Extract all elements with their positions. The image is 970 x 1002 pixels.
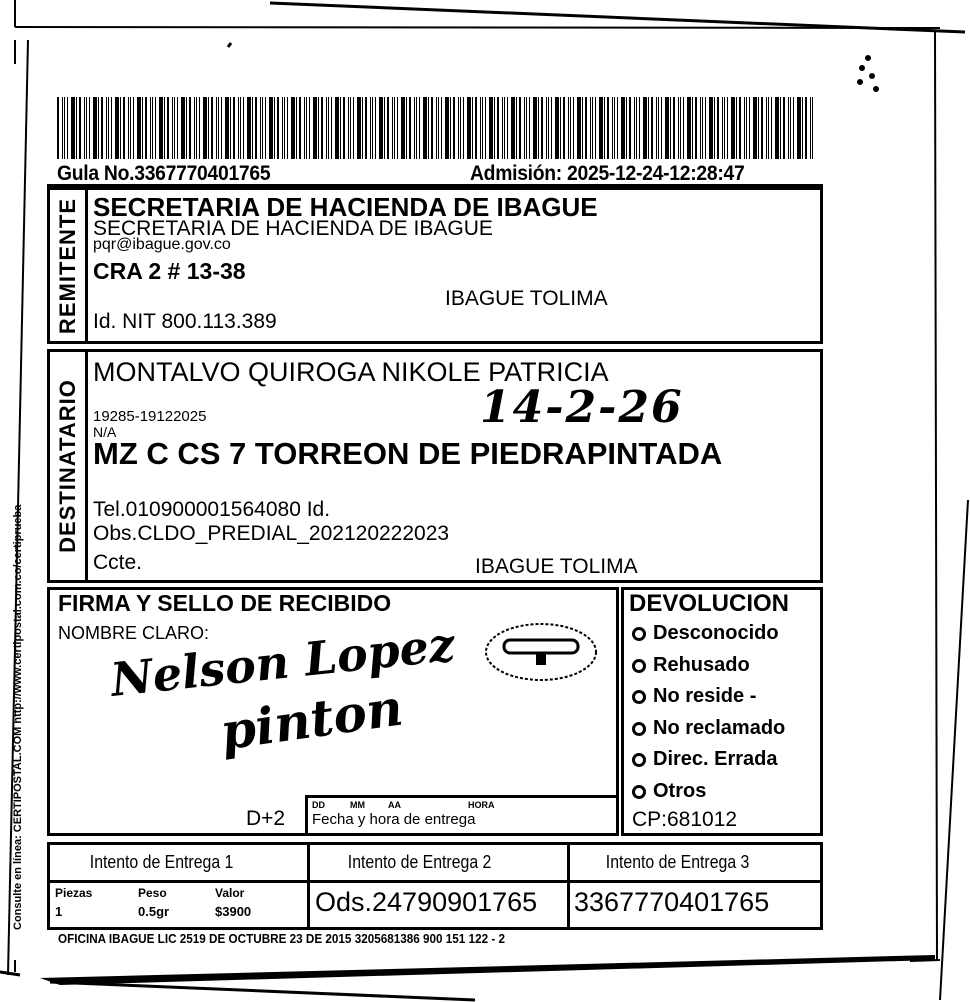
option-otros[interactable]: Otros [632,780,706,803]
remitente-label: REMITENTE [50,190,88,341]
peso-value: 0.5gr [138,904,169,919]
devolucion-section: DEVOLUCION Desconocido Rehusado No resid… [621,587,823,836]
guia-number-cell: 3367770401765 [574,887,769,918]
intento-3-header: Intento de Entrega 3 [606,852,750,873]
intento-2-header: Intento de Entrega 2 [348,852,492,873]
remitente-section: REMITENTE SECRETARIA DE HACIENDA DE IBAG… [47,187,823,344]
nombre-claro-label: NOMBRE CLARO: [58,623,209,644]
footer-office: OFICINA IBAGUE LIC 2519 DE OCTUBRE 23 DE… [58,931,505,946]
ods-number: Ods.24790901765 [315,887,537,918]
handwritten-date: 14-2-26 [480,382,684,433]
intento-1-header: Intento de Entrega 1 [90,852,234,873]
sender-address: CRA 2 # 13-38 [93,258,246,285]
scribble-mark [857,55,879,92]
recipient-obs: Obs.CLDO_PREDIAL_202120222023 [93,522,449,546]
firma-section: FIRMA Y SELLO DE RECIBIDO NOMBRE CLARO: … [47,587,619,836]
sender-city: IBAGUE TOLIMA [445,287,608,311]
radio-icon[interactable] [632,659,646,673]
radio-icon[interactable] [632,722,646,736]
guia-number: Gula No.3367770401765 [57,162,270,186]
d-plus-label: D+2 [246,807,285,831]
radio-icon[interactable] [632,785,646,799]
devolucion-title: DEVOLUCION [629,590,789,618]
sender-email: pqr@ibague.gov.co [93,236,231,254]
peso-label: Peso [138,886,167,900]
piezas-value: 1 [55,904,62,919]
intentos-table: Intento de Entrega 1 Intento de Entrega … [47,842,823,930]
barcode-icon [57,97,819,159]
destinatario-label: DESTINATARIO [50,352,88,580]
codigo-postal: CP:681012 [632,808,737,832]
valor-label: Valor [215,886,244,900]
option-no-reclamado[interactable]: No reclamado [632,717,785,740]
valor-value: $3900 [215,904,251,919]
admision-timestamp: Admisión: 2025-12-24-12:28:47 [470,162,744,186]
recipient-address: MZ C CS 7 TORREON DE PIEDRAPINTADA [93,436,722,472]
recipient-ccte: Ccte. [93,551,142,575]
destinatario-section: DESTINATARIO MONTALVO QUIROGA NIKOLE PAT… [47,349,823,583]
radio-icon[interactable] [632,627,646,641]
option-direc-errada[interactable]: Direc. Errada [632,748,778,771]
radio-icon[interactable] [632,753,646,767]
recipient-city: IBAGUE TOLIMA [475,555,638,579]
radio-icon[interactable] [632,690,646,704]
recipient-tel: Tel.010900001564080 Id. [93,498,330,522]
fecha-label: Fecha y hora de entrega [312,811,475,828]
option-no-reside[interactable]: No reside - [632,685,756,708]
oval-stamp-icon [482,620,600,685]
option-desconocido[interactable]: Desconocido [632,622,779,645]
side-text: Consulte en línea: CERTIPOSTAL.COM http:… [12,505,24,930]
recipient-ref: 19285-19122025 [93,408,206,425]
option-rehusado[interactable]: Rehusado [632,654,750,677]
firma-title: FIRMA Y SELLO DE RECIBIDO [58,590,391,617]
fecha-entrega-box[interactable]: DD MM AA HORA Fecha y hora de entrega [305,795,618,836]
sender-nit: Id. NIT 800.113.389 [93,310,277,334]
piezas-label: Piezas [55,886,92,900]
